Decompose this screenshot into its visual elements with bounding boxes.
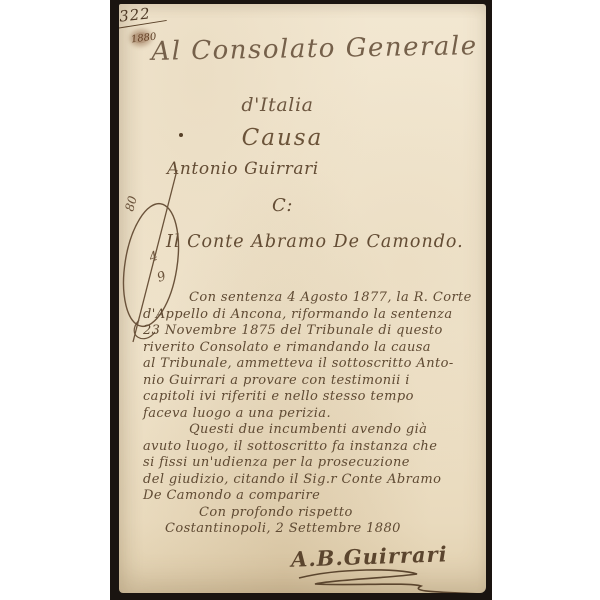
body-line: del giudizio, citando il Sig.r Conte Abr… xyxy=(143,472,479,489)
body-line: si fissi un'udienza per la prosecuzione xyxy=(143,455,479,472)
body-line: riverito Consolato e rimandando la causa xyxy=(143,340,479,357)
body-line: De Camondo a comparire xyxy=(143,488,479,505)
document-photo: Al Consolato Generale 322 1880 d'Italia … xyxy=(110,0,492,600)
letter-body: Con sentenza 4 Agosto 1877, la R. Corte … xyxy=(143,290,479,538)
closing-line: Con profondo rispetto xyxy=(143,505,479,522)
paraph-denominator: 9 xyxy=(155,269,168,286)
page-background: Al Consolato Generale 322 1880 d'Italia … xyxy=(0,0,600,600)
body-line: al Tribunale, ammetteva il sottoscritto … xyxy=(143,356,479,373)
case-title: Causa xyxy=(119,125,446,151)
paraph-numerator: 4 xyxy=(146,249,160,266)
signature-flourish xyxy=(269,566,486,593)
body-line: Questi due incumbenti avendo già xyxy=(143,422,479,439)
paper-sheet: Al Consolato Generale 322 1880 d'Italia … xyxy=(119,4,486,593)
body-line: 23 Novembre 1875 del Tribunale di questo xyxy=(143,323,479,340)
body-line: faceva luogo a una perizia. xyxy=(143,406,479,423)
letter-heading: Al Consolato Generale xyxy=(149,31,480,67)
body-line: nio Guirrari a provare con testimonii i xyxy=(143,373,479,390)
defendant-name: Il Conte Abramo De Camondo. xyxy=(166,232,464,252)
body-line: d'Appello di Ancona, riformando la sente… xyxy=(143,307,479,324)
body-line: Con sentenza 4 Agosto 1877, la R. Corte xyxy=(143,290,479,307)
dateline: Costantinopoli, 2 Settembre 1880 xyxy=(143,521,479,538)
flourish-stroke xyxy=(299,570,481,593)
paraph-note-80: 80 xyxy=(122,194,140,213)
body-line: avuto luogo, il sottoscritto fa instanza… xyxy=(143,439,479,456)
letter-subheading: d'Italia xyxy=(119,94,436,116)
body-line: capitoli ivi riferiti e nello stesso tem… xyxy=(143,389,479,406)
